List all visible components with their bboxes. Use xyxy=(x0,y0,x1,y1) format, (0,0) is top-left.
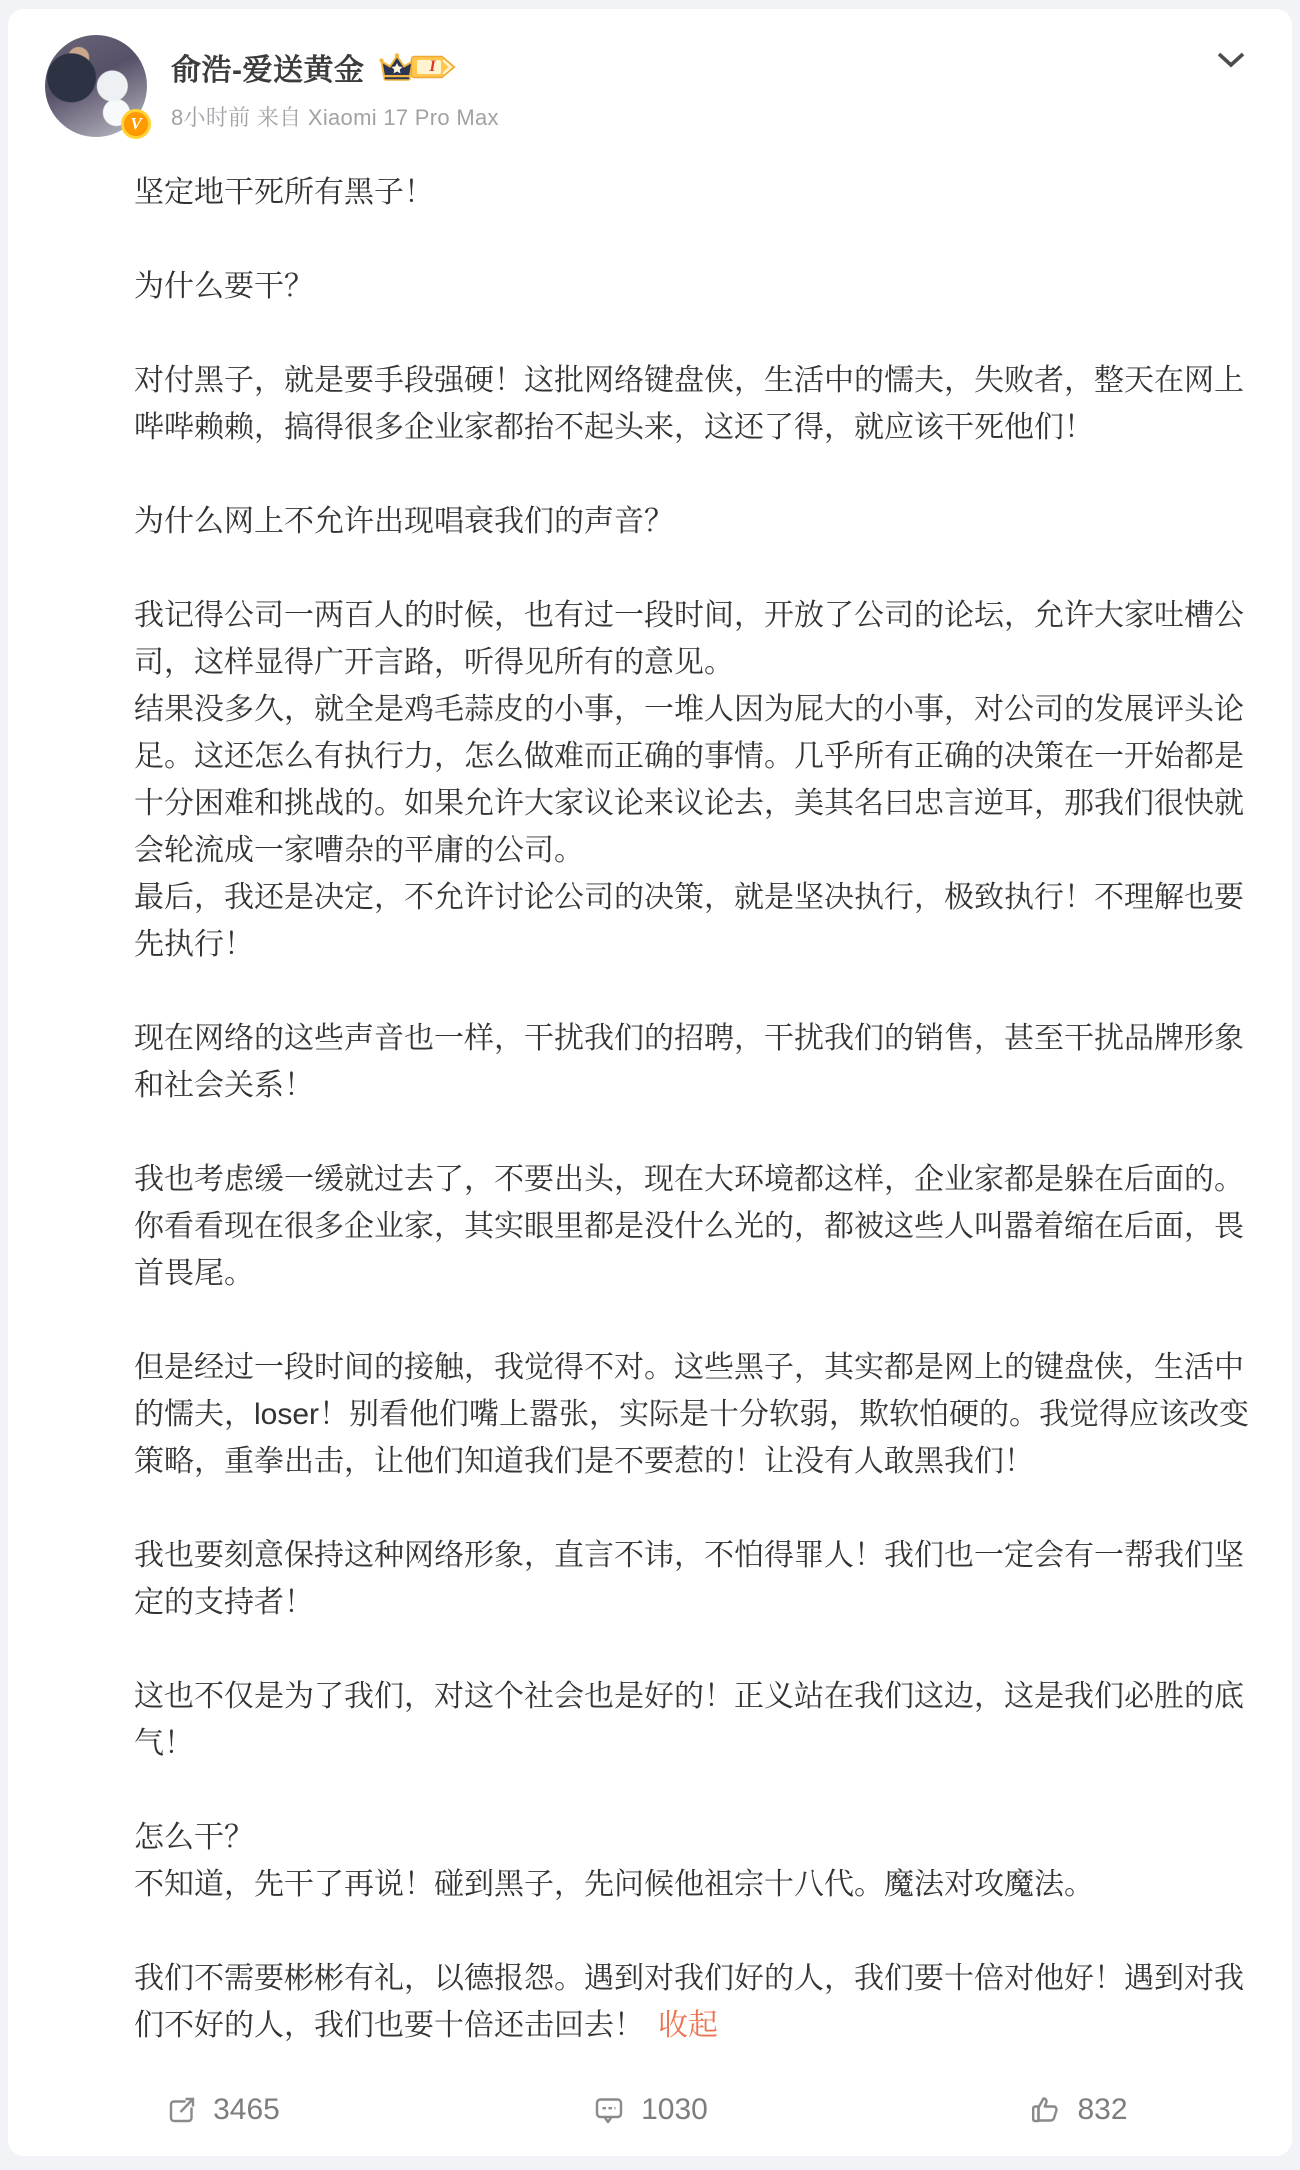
weibo-post-card: V 俞浩-爱送黄金 xyxy=(8,9,1292,2156)
username[interactable]: 俞浩-爱送黄金 xyxy=(171,45,365,89)
repost-button[interactable]: 3465 xyxy=(8,2093,436,2127)
vip-level-ribbon: I xyxy=(411,54,457,80)
post-paragraph: 为什么网上不允许出现唱衰我们的声音？ xyxy=(134,498,1256,545)
header-text: 俞浩-爱送黄金 xyxy=(171,35,499,132)
post-paragraph: 对付黑子，就是要手段强硬！这批网络键盘侠，生活中的懦夫，失败者，整天在网上哔哔赖… xyxy=(134,357,1256,451)
repost-icon xyxy=(164,2093,198,2127)
like-count: 832 xyxy=(1077,2093,1127,2127)
post-paragraph: 我们不需要彬彬有礼，以德报怨。遇到对我们好的人，我们要十倍对他好！遇到对我们不好… xyxy=(134,1955,1256,2049)
comment-count: 1030 xyxy=(641,2093,708,2127)
post-meta: 8小时前 来自 Xiaomi 17 Pro Max xyxy=(171,101,499,132)
post-paragraph: 现在网络的这些声音也一样，干扰我们的招聘，干扰我们的销售，甚至干扰品牌形象和社会… xyxy=(134,1015,1256,1109)
post-paragraph: 怎么干？ 不知道，先干了再说！碰到黑子，先问候他祖宗十八代。魔法对攻魔法。 xyxy=(134,1814,1256,1908)
post-header: V 俞浩-爱送黄金 xyxy=(8,9,1292,137)
post-paragraph: 但是经过一段时间的接触，我觉得不对。这些黑子，其实都是网上的键盘侠，生活中的懦夫… xyxy=(134,1344,1256,1485)
comment-button[interactable]: 1030 xyxy=(436,2093,864,2127)
post-paragraph: 坚定地干死所有黑子！ xyxy=(134,169,1256,216)
verified-v-badge-icon: V xyxy=(121,109,151,139)
post-paragraph: 我也要刻意保持这种网络形象，直言不讳，不怕得罪人！我们也一定会有一帮我们坚定的支… xyxy=(134,1532,1256,1626)
like-button[interactable]: 832 xyxy=(864,2093,1292,2127)
post-paragraph: 我记得公司一两百人的时候，也有过一段时间，开放了公司的论坛，允许大家吐槽公司，这… xyxy=(134,592,1256,968)
vip-badges: I xyxy=(379,52,457,82)
post-paragraph: 这也不仅是为了我们，对这个社会也是好的！正义站在我们这边，这是我们必胜的底气！ xyxy=(134,1673,1256,1767)
repost-count: 3465 xyxy=(213,2093,280,2127)
thumbs-up-icon xyxy=(1028,2093,1062,2127)
collapse-link[interactable]: 收起 xyxy=(658,2009,718,2042)
chevron-down-icon[interactable] xyxy=(1216,51,1246,74)
vip-crown-icon xyxy=(379,52,415,82)
post-content: 坚定地干死所有黑子！ 为什么要干？ 对付黑子，就是要手段强硬！这批网络键盘侠，生… xyxy=(134,169,1256,2049)
post-paragraph: 为什么要干？ xyxy=(134,263,1256,310)
vip-level-label: I xyxy=(421,56,445,78)
post-paragraph: 我也考虑缓一缓就过去了，不要出头，现在大环境都这样，企业家都是躲在后面的。你看看… xyxy=(134,1156,1256,1297)
comment-icon xyxy=(592,2093,626,2127)
avatar[interactable]: V xyxy=(45,35,147,137)
action-bar: 3465 1030 832 xyxy=(8,2064,1292,2156)
